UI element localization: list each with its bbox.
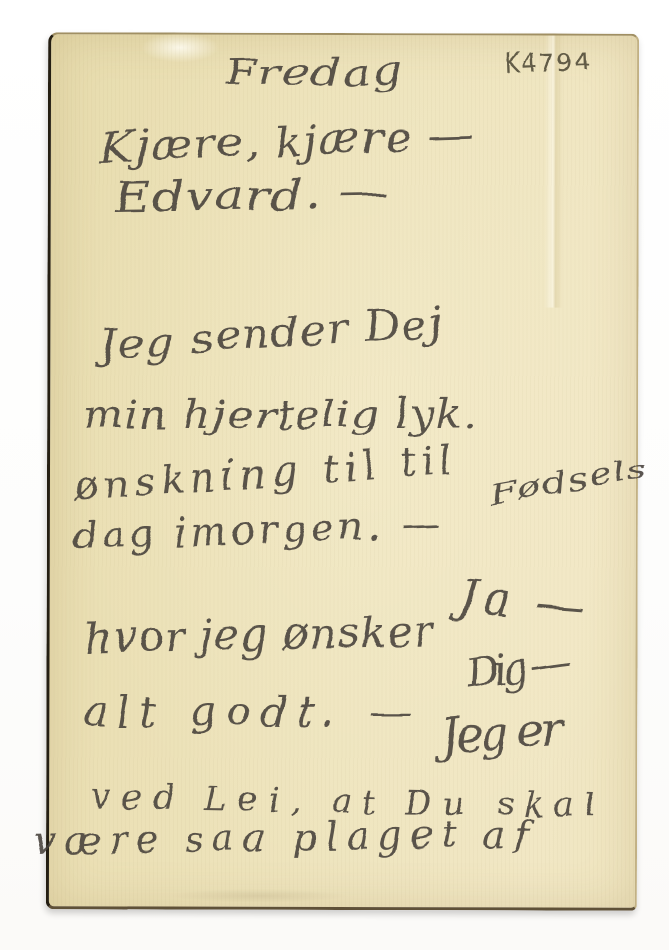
letter-line-dig: Dig —: [462, 636, 577, 700]
letter-line-jeg-er: Jeg er: [431, 700, 566, 763]
letter-line-fodsels: Fødsels: [486, 452, 651, 513]
letter-line-edvard: Edvard. —: [113, 168, 390, 222]
handwriting-layer: K4794 Fredag Kjære, kjære — Edvard. — Je…: [0, 0, 669, 950]
letter-line-alt-godt: alt godt. —: [82, 687, 412, 736]
scan-background: K4794 Fredag Kjære, kjære — Edvard. — Je…: [0, 0, 669, 950]
letter-line-ja: Ja —: [449, 568, 586, 633]
letter-line-kjaere: Kjære, kjære —: [98, 110, 476, 172]
letter-line-fredag: Fredag: [223, 51, 403, 95]
letter-line-dag-imorgen: dag imorgen. —: [71, 501, 442, 560]
letter-line-hvor-jeg: hvor jeg ønsker: [84, 607, 437, 662]
letter-line-hjertelig: min hjertelig lyk.: [82, 392, 478, 438]
letter-line-jeg-sender: Jeg sender Dej: [89, 297, 445, 371]
catalog-number: K4794: [504, 46, 591, 80]
letter-line-onskning: ønskning til til: [71, 438, 454, 510]
